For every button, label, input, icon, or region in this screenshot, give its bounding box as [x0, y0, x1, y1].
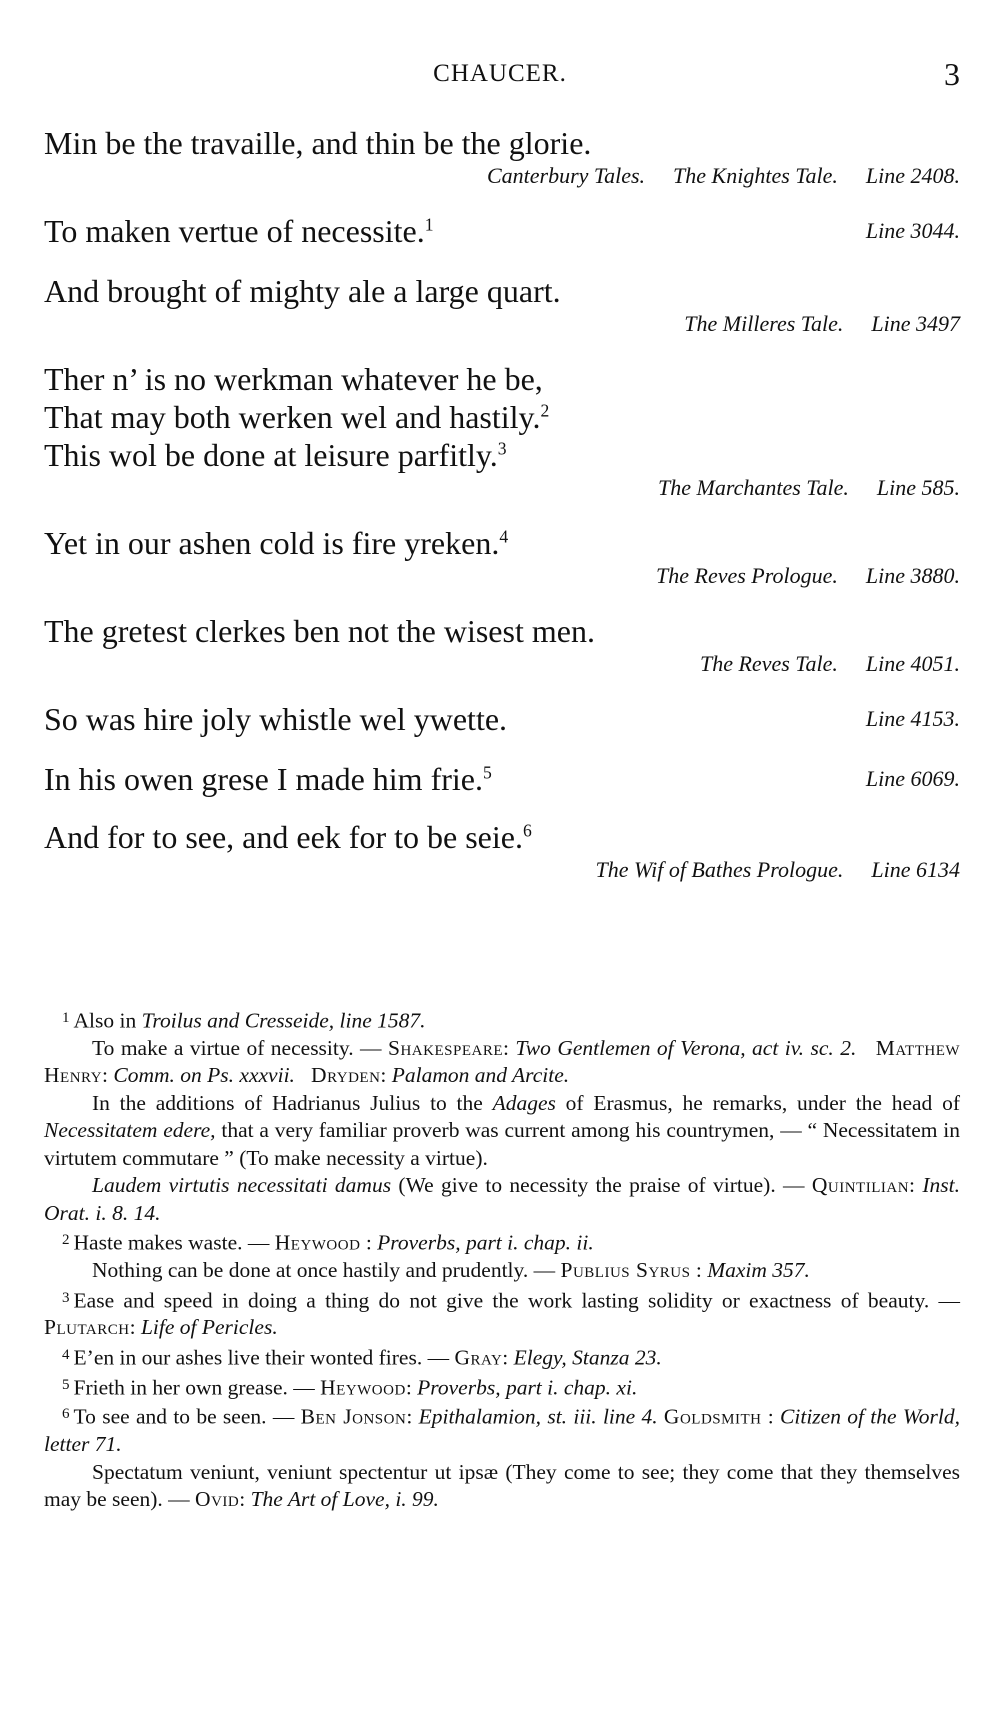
footnote-5: 5Frieth in her own grease. — Heywood: Pr…	[44, 1372, 960, 1402]
citation-line: Line 3044.	[866, 218, 960, 244]
running-head: CHAUCER.	[0, 60, 1000, 88]
author-name: Ovid	[195, 1487, 239, 1511]
footnote-6: 6To see and to be seen. — Ben Jonson: Ep…	[44, 1401, 960, 1458]
author-name: Gray	[454, 1345, 502, 1369]
citation-line: Line 6069.	[866, 766, 960, 792]
citation: Canterbury Tales.The Knightes Tale.Line …	[44, 162, 960, 190]
page-number: 3	[944, 56, 960, 93]
quote-line: And brought of mighty ale a large quart.	[44, 272, 960, 310]
quote-line: Min be the travaille, and thin be the gl…	[44, 124, 960, 162]
citation: The Reves Tale.Line 4051.	[44, 650, 960, 678]
quote-line: To maken vertue of necessite.1	[44, 212, 960, 250]
footnotes: 1Also in Troilus and Cresseide, line 158…	[44, 1005, 960, 1514]
quotation: Yet in our ashen cold is fire yreken.4 T…	[44, 524, 960, 590]
quote-line: And for to see, and eek for to be seie.6	[44, 818, 960, 856]
quote-line: In his owen grese I made him frie.5	[44, 760, 960, 798]
footnote-ref[interactable]: 3	[498, 438, 507, 458]
footnote-number: 3	[62, 1290, 70, 1306]
quotation: And for to see, and eek for to be seie.6…	[44, 818, 960, 884]
citation-line: Line 6134	[871, 857, 960, 882]
footnote-number: 2	[62, 1232, 70, 1248]
author-name: Dryden	[311, 1063, 380, 1087]
footnote-paragraph: In the additions of Hadrianus Julius to …	[44, 1090, 960, 1173]
citation-line: Line 2408.	[866, 163, 960, 188]
footnote-paragraph: Spectatum veniunt, veniunt spectentur ut…	[44, 1459, 960, 1514]
author-name: Plutarch	[44, 1315, 130, 1339]
footnote-paragraph: Nothing can be done at once hastily and …	[44, 1257, 960, 1285]
quote-line: This wol be done at leisure parfitly.3	[44, 436, 960, 474]
footnote-number: 5	[62, 1377, 70, 1393]
footnote-ref[interactable]: 4	[499, 526, 508, 546]
citation: The Wif of Bathes Prologue.Line 6134	[44, 856, 960, 884]
author-name: Quintilian	[812, 1173, 909, 1197]
citation-line: Line 3497	[871, 311, 960, 336]
citation-source: The Reves Tale.	[700, 651, 838, 676]
footnote-paragraph: To make a virtue of necessity. — Shakesp…	[44, 1035, 960, 1090]
citation-line: Line 4051.	[866, 651, 960, 676]
page-header: CHAUCER. 3	[0, 56, 1000, 96]
author-name: Ben Jonson	[301, 1405, 407, 1429]
quotation: In his owen grese I made him frie.5 Line…	[44, 760, 960, 798]
footnote-number: 1	[62, 1010, 70, 1026]
quote-line: So was hire joly whistle wel ywette.	[44, 700, 960, 738]
citation-line: Line 3880.	[866, 563, 960, 588]
citation: The Milleres Tale.Line 3497	[44, 310, 960, 338]
quotation: Ther n’ is no werkman whatever he be, Th…	[44, 360, 960, 502]
citation: The Reves Prologue.Line 3880.	[44, 562, 960, 590]
footnote-4: 4E’en in our ashes live their wonted fir…	[44, 1342, 960, 1372]
quote-line: Ther n’ is no werkman whatever he be,	[44, 360, 960, 398]
citation-source: The Wif of Bathes Prologue.	[595, 857, 843, 882]
quotation: To maken vertue of necessite.1 Line 3044…	[44, 212, 960, 250]
footnote-number: 4	[62, 1347, 70, 1363]
quote-line: That may both werken wel and hastily.2	[44, 398, 960, 436]
footnote-3: 3Ease and speed in doing a thing do not …	[44, 1285, 960, 1342]
citation-source: Canterbury Tales.	[487, 163, 645, 188]
author-name: Goldsmith	[664, 1405, 762, 1429]
footnote-number: 6	[62, 1406, 70, 1422]
author-name: Heywood	[275, 1231, 361, 1255]
footnote-ref[interactable]: 5	[483, 762, 492, 782]
footnote-1: 1Also in Troilus and Cresseide, line 158…	[44, 1005, 960, 1035]
footnote-ref[interactable]: 6	[523, 820, 532, 840]
quotation: Min be the travaille, and thin be the gl…	[44, 124, 960, 190]
book-page: CHAUCER. 3 Min be the travaille, and thi…	[0, 0, 1000, 1731]
citation-line: Line 4153.	[866, 706, 960, 732]
quotation: And brought of mighty ale a large quart.…	[44, 272, 960, 338]
author-name: Heywood	[320, 1375, 406, 1399]
footnote-ref[interactable]: 2	[540, 400, 549, 420]
citation-source: The Marchantes Tale.	[658, 475, 849, 500]
quotation: The gretest clerkes ben not the wisest m…	[44, 612, 960, 678]
citation-source: The Reves Prologue.	[656, 563, 838, 588]
citation-source: The Milleres Tale.	[684, 311, 843, 336]
footnote-2: 2Haste makes waste. — Heywood : Proverbs…	[44, 1227, 960, 1257]
citation: The Marchantes Tale.Line 585.	[44, 474, 960, 502]
quotation: So was hire joly whistle wel ywette. Lin…	[44, 700, 960, 738]
quote-line: The gretest clerkes ben not the wisest m…	[44, 612, 960, 650]
footnote-ref[interactable]: 1	[425, 214, 434, 234]
citation-source: The Knightes Tale.	[673, 163, 838, 188]
author-name: Publius Syrus	[561, 1258, 691, 1282]
citation-line: Line 585.	[877, 475, 960, 500]
author-name: Shakespeare	[388, 1036, 503, 1060]
quote-line: Yet in our ashen cold is fire yreken.4	[44, 524, 960, 562]
footnote-paragraph: Laudem virtutis necessitati damus (We gi…	[44, 1172, 960, 1227]
